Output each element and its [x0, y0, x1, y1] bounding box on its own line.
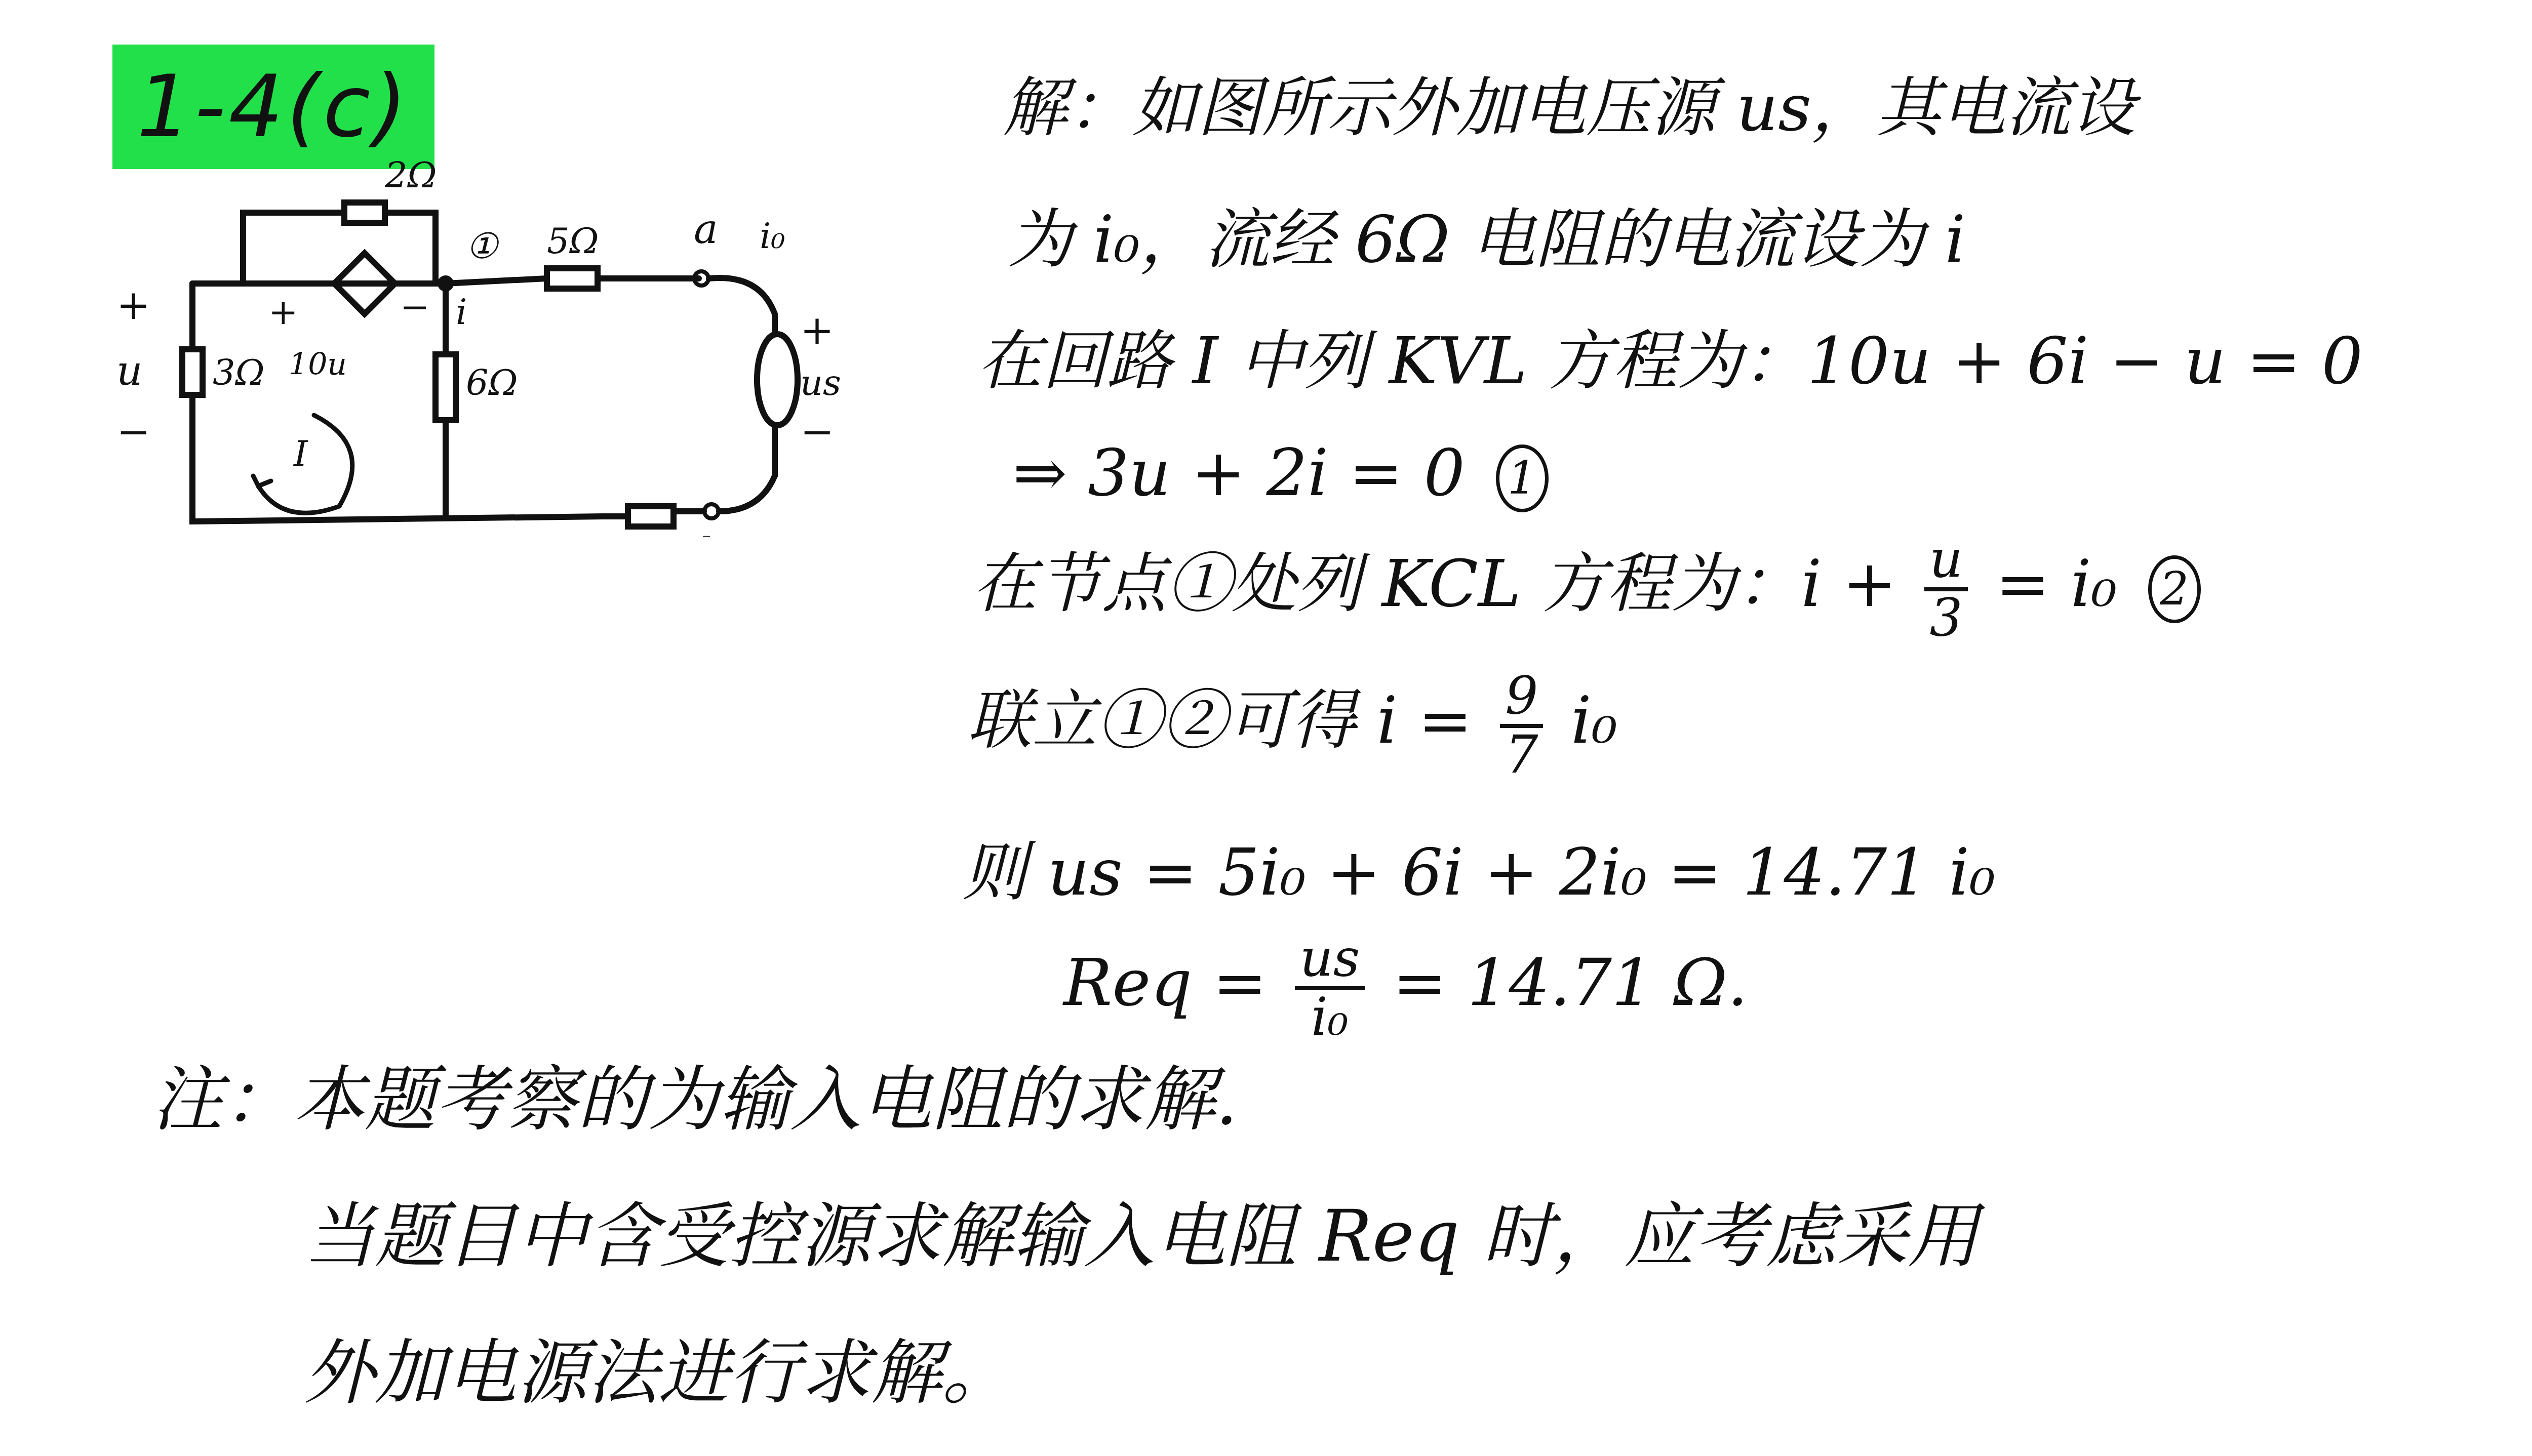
label-terminal-a: a: [694, 206, 718, 253]
resistor-5ohm: [547, 268, 598, 289]
label-dep-source: 10u: [289, 347, 347, 382]
label-dep-plus: +: [268, 291, 298, 333]
label-us: us: [800, 362, 841, 403]
solution-req: Req = usi₀ = 14.71 Ω.: [1063, 932, 1748, 1044]
eq1-marker: 1: [1496, 444, 1549, 512]
label-dep-minus: −: [400, 286, 430, 328]
resistor-6ohm: [436, 354, 456, 420]
kcl-prefix: 在节点①处列 KCL 方程为：i +: [972, 546, 1896, 622]
label-node1: ①: [466, 225, 499, 267]
label-u: u: [116, 347, 143, 394]
note-line-2: 当题目中含受控源求解输入电阻 Req 时，应考虑采用: [304, 1180, 1979, 1281]
solution-us-equation: 则 us = 5i₀ + 6i + 2i₀ = 14.71 i₀: [962, 820, 1995, 913]
circuit-diagram: 2Ω ① 5Ω a i₀ + us − + u − 3Ω + 10u − i 6…: [101, 132, 962, 537]
voltage-source-us: [757, 334, 798, 425]
label-u-plus: +: [116, 281, 150, 329]
solution-simplified-eq: ⇒ 3u + 2i = 0 1: [1013, 435, 1559, 512]
fraction-u-over-3: u3: [1924, 533, 1968, 645]
req-suffix: = 14.71 Ω.: [1393, 945, 1748, 1021]
note-line-1: 注：本题考察的为输入电阻的求解.: [152, 1043, 1238, 1145]
label-us-minus: −: [800, 408, 834, 455]
solution-combine: 联立①②可得 i = 97 i₀: [967, 668, 1617, 783]
solution-kvl-equation: 在回路 I 中列 KVL 方程为：10u + 6i − u = 0: [977, 309, 2363, 402]
label-top-2ohm: 2Ω: [384, 154, 437, 196]
label-current-i0: i₀: [760, 215, 785, 257]
eq2-marker: 2: [2148, 555, 2201, 623]
solution-line-2: 为 i₀，流经 6Ω 电阻的电流设为 i: [1008, 187, 1966, 280]
req-prefix: Req =: [1063, 945, 1267, 1021]
label-3ohm: 3Ω: [213, 352, 265, 393]
label-us-plus: +: [800, 307, 834, 354]
label-terminal-b: b: [699, 530, 725, 537]
label-bottom-2ohm: 2Ω: [607, 534, 660, 537]
solution-kcl-equation: 在节点①处列 KCL 方程为：i + u3 = i₀ 2: [972, 532, 2211, 646]
resistor-top-2ohm: [344, 203, 385, 223]
resistor-3ohm: [182, 349, 203, 395]
label-loop: I: [293, 433, 308, 474]
resistor-bottom-2ohm: [628, 506, 674, 527]
fraction-9-over-7: 97: [1500, 669, 1543, 782]
solution-line-1: 解：如图所示外加电压源 us，其电流设: [1003, 56, 2135, 149]
eq1-expression: ⇒ 3u + 2i = 0: [1013, 435, 1465, 511]
combine-suffix: i₀: [1571, 683, 1617, 758]
label-5ohm: 5Ω: [547, 220, 599, 262]
kcl-suffix: = i₀: [1996, 546, 2117, 622]
note-line-3: 外加电源法进行求解。: [304, 1316, 1013, 1418]
label-6ohm: 6Ω: [466, 362, 518, 403]
label-u-minus: −: [116, 408, 150, 455]
label-current-i: i: [456, 291, 467, 333]
fraction-us-over-i0: usi₀: [1295, 932, 1365, 1044]
combine-prefix: 联立①②可得 i =: [967, 683, 1473, 758]
